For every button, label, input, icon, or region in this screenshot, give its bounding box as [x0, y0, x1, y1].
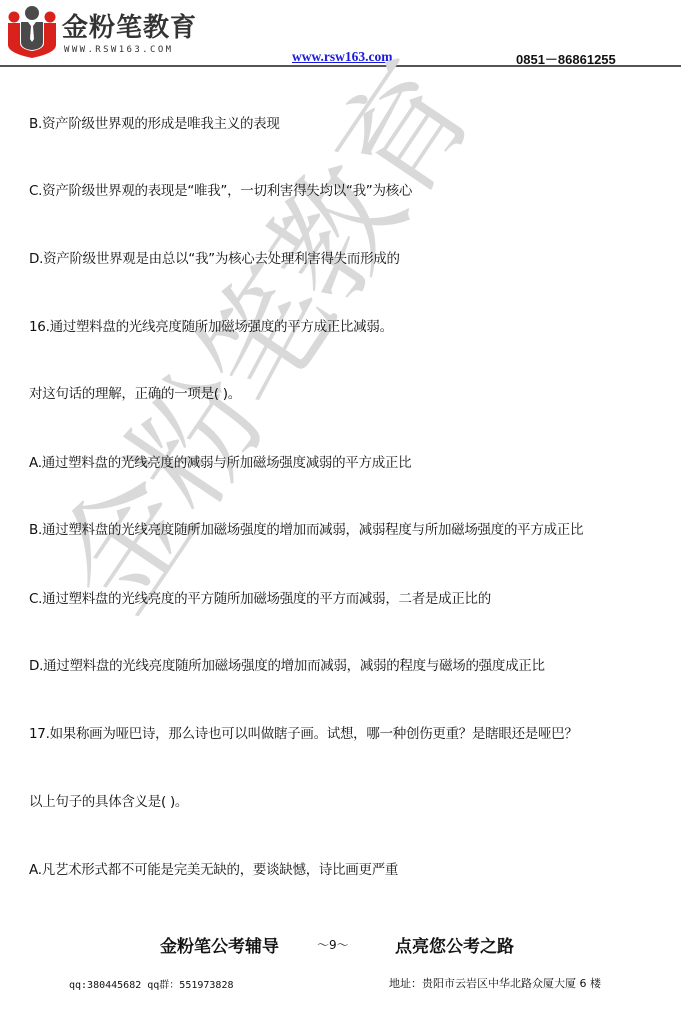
q16-option-a: A.通过塑料盘的光线亮度的减弱与所加磁场强度减弱的平方成正比	[29, 454, 411, 472]
q17-prompt: 以上句子的具体含义是( )。	[29, 793, 188, 811]
q16-option-b: B.通过塑料盘的光线亮度随所加磁场强度的增加而减弱，减弱程度与所加磁场强度的平方…	[29, 521, 583, 539]
q15-option-b: B.资产阶级世界观的形成是唯我主义的表现	[29, 115, 280, 133]
q17-stem: 17.如果称画为哑巴诗，那么诗也可以叫做瞎子画。试想，哪一种创伤更重？是瞎眼还是…	[29, 725, 578, 743]
q17-option-a: A.凡艺术形式都不可能是完美无缺的，要谈缺憾，诗比画更严重	[29, 861, 398, 879]
q15-option-c: C.资产阶级世界观的表现是“唯我”，一切利害得失均以“我”为核心	[29, 182, 412, 200]
q16-prompt: 对这句话的理解，正确的一项是( )。	[29, 385, 241, 403]
q15-option-d: D.资产阶级世界观是由总以“我”为核心去处理利害得失而形成的	[29, 250, 400, 268]
q16-stem: 16.通过塑料盘的光线亮度随所加磁场强度的平方成正比减弱。	[29, 318, 393, 336]
document-body: B.资产阶级世界观的形成是唯我主义的表现 C.资产阶级世界观的表现是“唯我”，一…	[0, 0, 681, 1009]
q16-option-c: C.通过塑料盘的光线亮度的平方随所加磁场强度的平方而减弱，二者是成正比的	[29, 590, 491, 608]
q16-option-d: D.通过塑料盘的光线亮度随所加磁场强度的增加而减弱，减弱的程度与磁场的强度成正比	[29, 657, 545, 675]
